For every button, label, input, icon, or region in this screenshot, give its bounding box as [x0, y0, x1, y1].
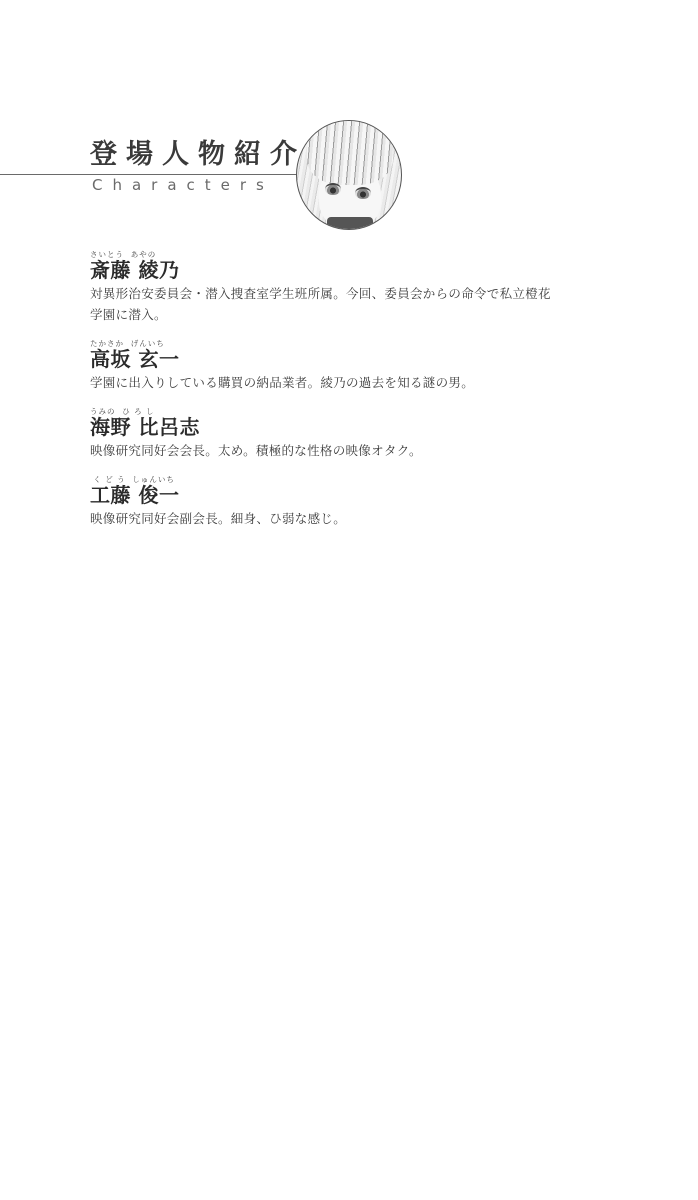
portrait-eye-left	[325, 183, 341, 195]
portrait-collar	[327, 217, 373, 230]
character-description: 映像研究同好会副会長。細身、ひ弱な感じ。	[90, 508, 555, 529]
character-name: 海野 比呂志	[90, 416, 570, 438]
portrait-eye-right	[355, 187, 371, 199]
character-entry: たかさか げんいち 高坂 玄一 学園に出入りしている購買の納品業者。綾乃の過去を…	[90, 339, 570, 393]
character-description: 学園に出入りしている購買の納品業者。綾乃の過去を知る謎の男。	[90, 372, 555, 393]
page-title: 登場人物紹介	[90, 139, 306, 171]
character-entry: うみの ひ ろ し 海野 比呂志 映像研究同好会会長。太め。積極的な性格の映像オ…	[90, 407, 570, 461]
character-description: 対異形治安委員会・潜入捜査室学生班所属。今回、委員会からの命令で私立橙花学園に潜…	[90, 283, 555, 325]
character-portrait-icon	[296, 120, 402, 230]
character-name: 工藤 俊一	[90, 484, 570, 506]
character-entry: さいとう あやの 斎藤 綾乃 対異形治安委員会・潜入捜査室学生班所属。今回、委員…	[90, 250, 570, 325]
header-divider	[0, 174, 302, 175]
character-name: 高坂 玄一	[90, 348, 570, 370]
character-entry: く ど う しゅんいち 工藤 俊一 映像研究同好会副会長。細身、ひ弱な感じ。	[90, 475, 570, 529]
page-header: 登場人物紹介 Characters	[0, 0, 698, 240]
character-list: さいとう あやの 斎藤 綾乃 対異形治安委員会・潜入捜査室学生班所属。今回、委員…	[90, 250, 570, 543]
character-description: 映像研究同好会会長。太め。積極的な性格の映像オタク。	[90, 440, 555, 461]
portrait-hair	[307, 121, 393, 185]
character-name: 斎藤 綾乃	[90, 259, 570, 281]
page-subtitle: Characters	[92, 176, 274, 194]
